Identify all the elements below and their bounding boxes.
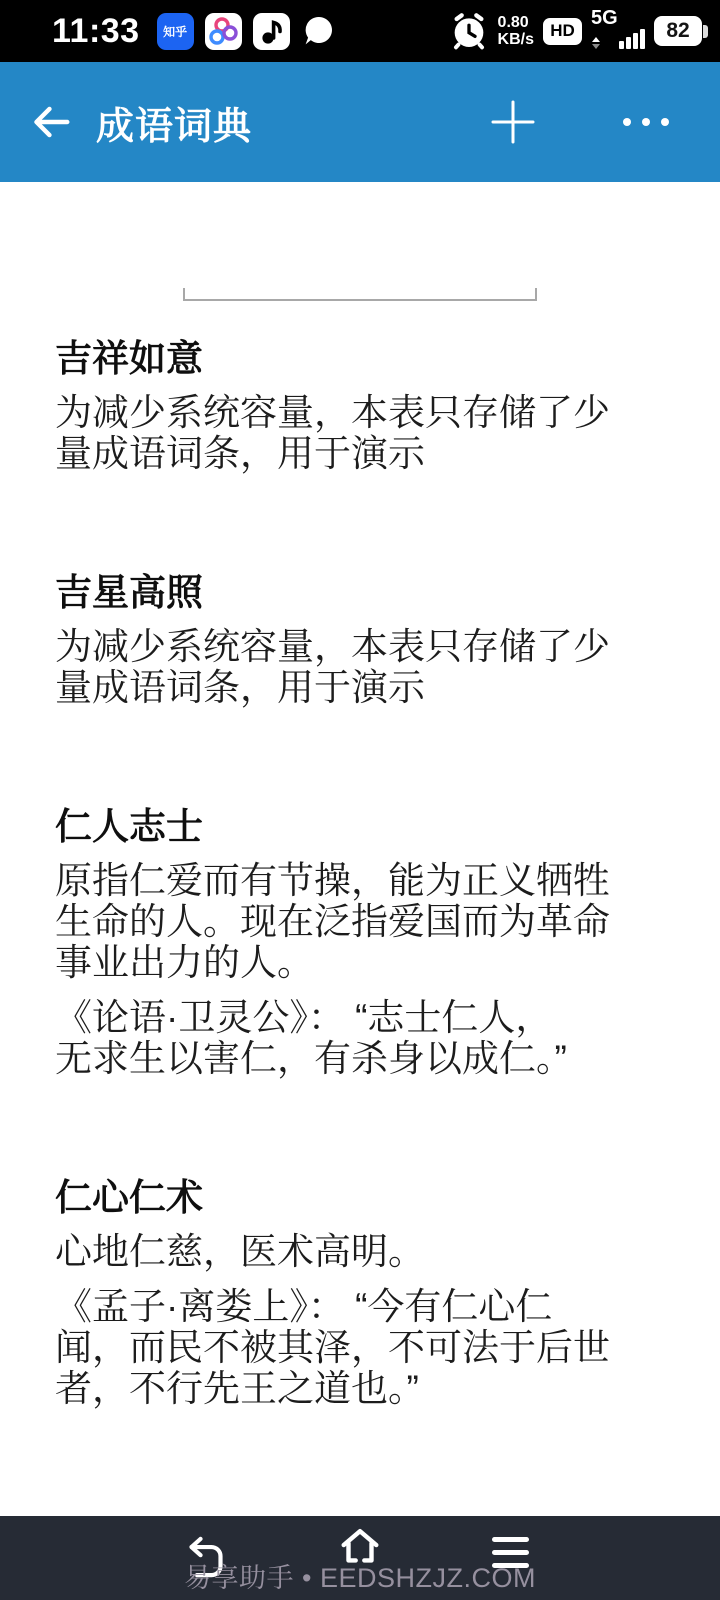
back-arrow-icon[interactable] [28, 99, 74, 145]
status-time: 11:33 [52, 12, 140, 51]
dot-icon [661, 118, 669, 126]
status-bar-left: 11:33 知乎 [52, 12, 337, 51]
dictionary-list: 吉祥如意 为减少系统容量，本表只存储了少 量成语词条，用于演示 吉星高照 为减少… [0, 182, 720, 1516]
idiom-word: 吉祥如意 [55, 336, 720, 382]
photos-notification-icon [205, 13, 242, 50]
network-type-label: 5G [591, 7, 618, 30]
network-speed: 0.80 KB/s [498, 14, 534, 48]
idiom-source-quote: 《论语·卫灵公》： “志士仁人， 无求生以害仁，有杀身以成仁。” [55, 997, 675, 1079]
idiom-definition: 为减少系统容量，本表只存储了少 量成语词条，用于演示 [55, 626, 675, 708]
status-bar: 11:33 知乎 [0, 0, 720, 62]
cellular-signal-indicator: 5G [591, 10, 645, 52]
zhihu-notification-icon: 知乎 [157, 13, 194, 50]
music-note-notification-icon [253, 13, 290, 50]
idiom-entry[interactable]: 仁人志士 原指仁爱而有节操，能为正义牺牲 生命的人。现在泛指爱国而为革命 事业出… [55, 804, 720, 1079]
menu-bar-icon [492, 1550, 529, 1555]
add-button[interactable] [489, 98, 537, 146]
data-updown-arrows-icon [592, 37, 600, 49]
more-options-button[interactable] [623, 118, 669, 126]
watermark-text: 易享助手 • EEDSHZJZ.COM [184, 1556, 536, 1595]
menu-bar-icon [492, 1537, 529, 1542]
entries-container: 吉祥如意 为减少系统容量，本表只存储了少 量成语词条，用于演示 吉星高照 为减少… [0, 182, 720, 1409]
signal-bars-icon [619, 29, 645, 49]
idiom-source-quote: 《孟子·离娄上》： “今有仁心仁 闻，而民不被其泽，不可法于后世 者，不行先王之… [55, 1286, 675, 1409]
chat-bubble-notification-icon [301, 13, 337, 49]
idiom-entry[interactable]: 仁心仁术 心地仁慈，医术高明。 《孟子·离娄上》： “今有仁心仁 闻，而民不被其… [55, 1175, 720, 1409]
phone-screen: 11:33 知乎 [0, 0, 720, 1600]
zhihu-icon-label: 知乎 [163, 23, 187, 40]
scrolled-box-bottom-edge [183, 288, 537, 301]
network-speed-unit: KB/s [498, 31, 534, 48]
battery-level: 82 [654, 16, 702, 46]
hd-voice-icon: HD [543, 18, 582, 45]
status-bar-right: 0.80 KB/s HD 5G 82 [449, 10, 708, 52]
dot-icon [623, 118, 631, 126]
idiom-definition: 原指仁爱而有节操，能为正义牺牲 生命的人。现在泛指爱国而为革命 事业出力的人。 [55, 860, 675, 983]
idiom-definition: 为减少系统容量，本表只存储了少 量成语词条，用于演示 [55, 392, 675, 474]
idiom-entry[interactable]: 吉祥如意 为减少系统容量，本表只存储了少 量成语词条，用于演示 [55, 336, 720, 474]
page-title: 成语词典 [96, 95, 252, 150]
idiom-word: 仁心仁术 [55, 1175, 720, 1221]
dot-icon [642, 118, 650, 126]
idiom-word: 吉星高照 [55, 570, 720, 616]
idiom-entry[interactable]: 吉星高照 为减少系统容量，本表只存储了少 量成语词条，用于演示 [55, 570, 720, 708]
idiom-definition: 心地仁慈，医术高明。 [55, 1231, 675, 1272]
alarm-clock-icon [449, 11, 489, 51]
network-speed-value: 0.80 [498, 14, 534, 31]
battery-nub [703, 25, 708, 38]
system-nav-bar: 易享助手 • EEDSHZJZ.COM [0, 1516, 720, 1600]
idiom-word: 仁人志士 [55, 804, 720, 850]
battery-indicator: 82 [654, 16, 708, 46]
app-header: 成语词典 [0, 62, 720, 182]
